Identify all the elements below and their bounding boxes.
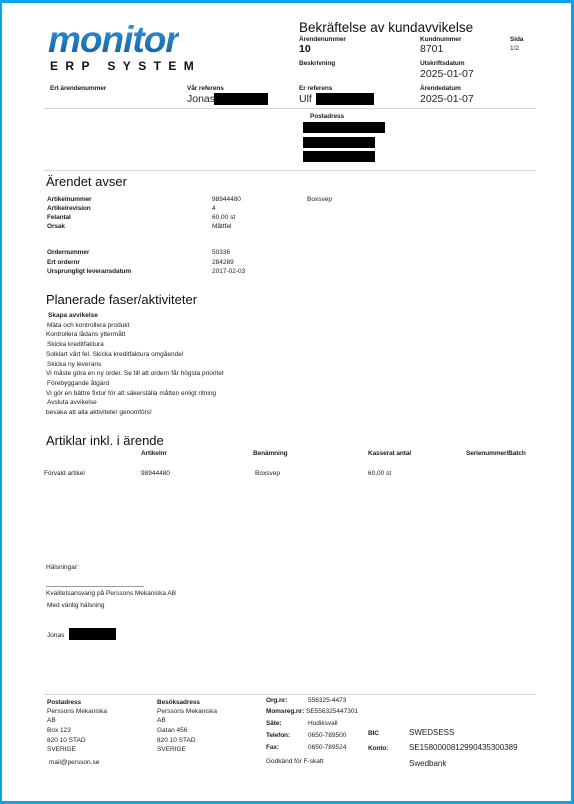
order-label: Ert ordernr [47, 259, 80, 266]
footer-address-line: AB [157, 717, 166, 724]
order-value: 2017-02-03 [212, 268, 245, 275]
section-title-planerade-faser: Planerade faser/aktiviteter [46, 292, 197, 307]
section-title-arendet-avser: Ärendet avser [46, 174, 127, 189]
footer-address-line: 820 10 STAD [47, 737, 86, 744]
table-cell: Boxsvep [255, 470, 280, 477]
regards-text: Med vänlig hälsning [47, 602, 104, 609]
var-referens-label: Vår referens [187, 85, 224, 92]
redacted-address-line [303, 122, 385, 133]
kundnummer-label: Kundnummer [420, 36, 461, 43]
redaction-block [214, 93, 268, 105]
activity-item: Kontrollera lådans yttermått [46, 331, 125, 338]
footer-address-line: 820 10 STAD [157, 737, 196, 744]
var-referens-value: Jonas [187, 93, 215, 105]
footer-address-line: AB [47, 717, 56, 724]
bic-value: SWEDSESS [409, 728, 454, 737]
utskriftsdatum-label: Utskriftsdatum [420, 60, 464, 67]
phase-item: Skapa avvikelse [48, 312, 98, 319]
er-referens-value: Ulf [299, 93, 312, 105]
activity-item: bevaka att alla aktiviteter genomförs! [46, 409, 152, 416]
table-cell: 98944480 [141, 470, 170, 477]
telefon-label: Telefon: [266, 732, 290, 739]
footer-address-line: SVERIGE [47, 746, 76, 753]
detail-value: Måttfel [212, 223, 232, 230]
redacted-address-line [303, 151, 375, 162]
er-referens-label: Er referens [299, 85, 332, 92]
order-value: 284289 [212, 259, 234, 266]
greeting-text: Hälsningar: [46, 564, 79, 571]
column-header-serienummer: Serienummer/Batch [466, 450, 526, 457]
order-label: Ordernummer [47, 249, 89, 256]
arendenummer-label: Ärendenummer [299, 36, 346, 43]
sate-label: Säte: [266, 720, 281, 727]
column-header-benamning: Benämning [253, 450, 288, 457]
telefon-value: 0650-789500 [308, 732, 346, 739]
phase-item: Skicka ny leverans [47, 361, 101, 368]
redaction-block [69, 628, 116, 640]
detail-value: 60,00 st [212, 214, 235, 221]
order-value: 50336 [212, 249, 230, 256]
footer-address-line: Box 123 [47, 727, 71, 734]
sida-value: 1/2 [510, 45, 519, 52]
divider [44, 170, 536, 171]
phase-item: Förebyggande åtgärd [47, 380, 109, 387]
redaction-block [316, 93, 374, 105]
arendedatum-value: 2025-01-07 [420, 93, 474, 105]
beskrivning-label: Beskrivning [299, 60, 335, 67]
phase-item: Skicka kreditfaktura [47, 341, 104, 348]
erp-system-wordmark: ERP SYSTEM [50, 59, 201, 73]
signer-role: Kvalitetsansvarig på Perssons Mekaniska … [46, 590, 176, 597]
redacted-address-line [303, 137, 375, 148]
phase-item: Mäta och kontrollera produkt [47, 322, 129, 329]
column-header-artikelnr: Artikelnr [141, 450, 167, 457]
momsreg-value: SE556325447301 [306, 708, 358, 715]
kundnummer-value: 8701 [420, 43, 443, 55]
activity-item: Solklart vårt fel. Skicka kreditfaktura … [46, 351, 184, 358]
activity-item: Vi måste göra en ny order. Se till att o… [46, 370, 224, 377]
detail-value: 4 [212, 205, 216, 212]
detail-label: Felantal [47, 214, 71, 221]
footer-address-line: Gatan 456 [157, 727, 187, 734]
footer-besoksadress-label: Besöksadress [157, 699, 200, 706]
orgnr-label: Org.nr: [266, 697, 287, 704]
orgnr-value: 556325-4473 [308, 697, 346, 704]
footer-address-line: Perssons Mekaniska [157, 708, 217, 715]
phase-item: Avsluta avvikelse [47, 399, 97, 406]
footer-address-line: Perssons Mekaniska [47, 708, 107, 715]
footer-divider [44, 694, 536, 695]
sida-label: Sida [510, 36, 523, 43]
monitor-logo: monitor [48, 20, 179, 60]
fskatt-text: Godkänd för F-skatt [266, 758, 323, 765]
order-label: Ursprungligt leveransdatum [47, 268, 131, 275]
table-cell: Förvald artikel [44, 470, 85, 477]
ert-arendenummer-label: Ert ärendenummer [50, 85, 106, 92]
footer-address-line: SVERIGE [157, 746, 186, 753]
utskriftsdatum-value: 2025-01-07 [420, 68, 474, 80]
bank-name: Swedbank [409, 759, 446, 768]
table-cell: 60,00 st [368, 470, 391, 477]
detail-label: Artikelnummer [47, 196, 92, 203]
footer-postadress-label: Postadress [47, 699, 81, 706]
column-header-kasserat-antal: Kasserat antal [368, 450, 411, 457]
section-title-artiklar: Artiklar inkl. i ärende [46, 433, 164, 448]
fax-label: Fax: [266, 744, 279, 751]
konto-value: SE1580000812990435300389 [409, 743, 518, 752]
bic-label: BIC [368, 730, 379, 737]
document-title: Bekräftelse av kundavvikelse [299, 20, 473, 35]
momsreg-label: Momsreg.nr: [266, 708, 304, 715]
activity-item: Vi gör en bättre fixtur för att säkerstä… [46, 390, 216, 397]
detail-label: Orsak [47, 223, 65, 230]
signature-line [46, 586, 144, 587]
footer-email[interactable]: mail@persson.se [49, 759, 99, 766]
detail-label: Artikelrevision [47, 205, 91, 212]
postadress-label: Postadress [310, 113, 344, 120]
arendenummer-value: 10 [299, 43, 311, 55]
detail-value: 98944480 [212, 196, 241, 203]
arendedatum-label: Ärendedatum [420, 85, 461, 92]
signer-name: Jonas [47, 632, 64, 639]
sate-value: Hudiksvall [308, 720, 338, 727]
divider [44, 108, 536, 109]
fax-value: 0650-789524 [308, 744, 346, 751]
konto-label: Konto: [368, 745, 388, 752]
detail-extra: Boxsvep [307, 196, 332, 203]
